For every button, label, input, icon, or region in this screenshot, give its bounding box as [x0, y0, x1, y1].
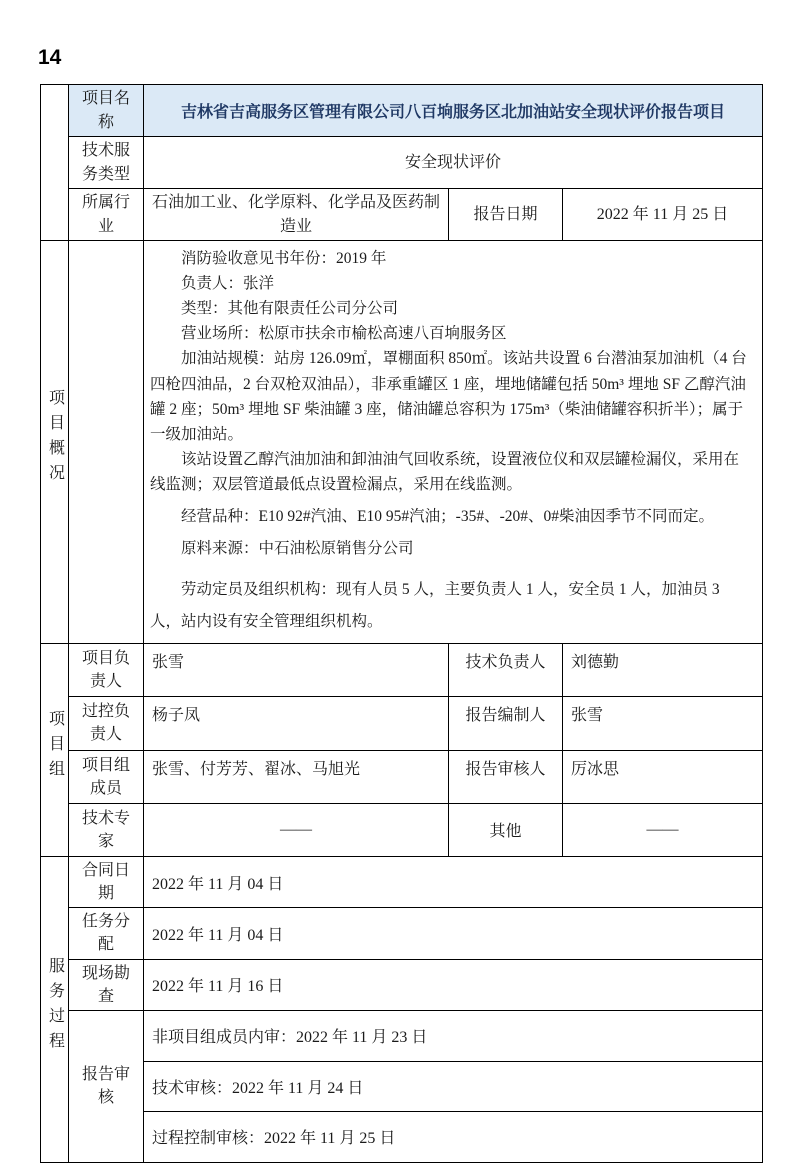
overview-content: 消防验收意见书年份：2019 年 负责人：张洋 类型：其他有限责任公司分公司 营… [144, 241, 763, 644]
team-row-value: 张雪、付芳芳、翟冰、马旭光 [144, 750, 449, 803]
team-row-label: 项目负责人 [69, 643, 144, 696]
process-row-label: 现场勘查 [69, 959, 144, 1010]
team-row-value2: 厉冰思 [563, 750, 763, 803]
service-type-value: 安全现状评价 [144, 137, 763, 189]
team-row-label2: 报告审核人 [449, 750, 563, 803]
section-spacer-cell [41, 85, 69, 241]
team-row-label: 技术专家 [69, 803, 144, 856]
process-row-value: 2022 年 11 月 16 日 [144, 959, 763, 1010]
project-info-table: 项目名称 吉林省吉高服务区管理有限公司八百垧服务区北加油站安全现状评价报告项目 … [40, 84, 763, 1163]
report-date-label: 报告日期 [449, 189, 563, 241]
overview-paragraph: 类型：其他有限责任公司分公司 [150, 296, 752, 321]
industry-value: 石油加工业、化学原料、化学品及医药制造业 [144, 189, 449, 241]
team-row-label2: 其他 [449, 803, 563, 856]
team-section-label-text: 项目组 [47, 710, 63, 785]
overview-section-label: 项目概况 [41, 241, 69, 644]
process-section-label: 服务过程 [41, 856, 69, 1162]
overview-paragraph: 消防验收意见书年份：2019 年 [150, 246, 752, 271]
team-row-label2: 技术负责人 [449, 643, 563, 696]
team-row-label2: 报告编制人 [449, 696, 563, 750]
review-label: 报告审核 [69, 1010, 144, 1162]
overview-paragraph: 该站设置乙醇汽油加油和卸油油气回收系统，设置液位仪和双层罐检漏仪，采用在线监测；… [150, 447, 752, 497]
team-row-value2: —— [563, 803, 763, 856]
process-section-label-text: 服务过程 [47, 957, 63, 1057]
team-section-label: 项目组 [41, 643, 69, 856]
team-row-value2: 张雪 [563, 696, 763, 750]
process-row-value: 2022 年 11 月 04 日 [144, 908, 763, 959]
overview-paragraph: 劳动定员及组织机构：现有人员 5 人，主要负责人 1 人，安全员 1 人，加油员… [150, 574, 752, 638]
overview-empty-label-cell [69, 241, 144, 644]
process-row-label: 任务分配 [69, 908, 144, 959]
overview-section-label-text: 项目概况 [47, 389, 63, 489]
overview-paragraph: 负责人：张洋 [150, 271, 752, 296]
project-name-label: 项目名称 [69, 85, 144, 137]
process-row-value: 2022 年 11 月 04 日 [144, 856, 763, 907]
team-row-value: 张雪 [144, 643, 449, 696]
team-row-value: —— [144, 803, 449, 856]
report-date-value: 2022 年 11 月 25 日 [563, 189, 763, 241]
overview-paragraph: 原料来源：中石油松原销售分公司 [150, 536, 752, 561]
review-item: 非项目组成员内审：2022 年 11 月 23 日 [144, 1010, 763, 1061]
team-row-label: 过控负责人 [69, 696, 144, 750]
team-row-value2: 刘德勤 [563, 643, 763, 696]
page-number: 14 [38, 46, 61, 70]
process-row-label: 合同日期 [69, 856, 144, 907]
overview-paragraph: 加油站规模：站房 126.09㎡，罩棚面积 850㎡。该站共设置 6 台潜油泵加… [150, 346, 752, 446]
overview-paragraph: 营业场所：松原市扶余市榆松高速八百垧服务区 [150, 321, 752, 346]
team-row-label: 项目组成员 [69, 750, 144, 803]
review-item: 技术审核：2022 年 11 月 24 日 [144, 1061, 763, 1111]
team-row-value: 杨子凤 [144, 696, 449, 750]
project-name-value: 吉林省吉高服务区管理有限公司八百垧服务区北加油站安全现状评价报告项目 [144, 85, 763, 137]
review-item: 过程控制审核：2022 年 11 月 25 日 [144, 1111, 763, 1162]
service-type-label: 技术服务类型 [69, 137, 144, 189]
overview-paragraph: 经营品种：E10 92#汽油、E10 95#汽油；-35#、-20#、0#柴油因… [150, 504, 752, 529]
industry-label: 所属行业 [69, 189, 144, 241]
